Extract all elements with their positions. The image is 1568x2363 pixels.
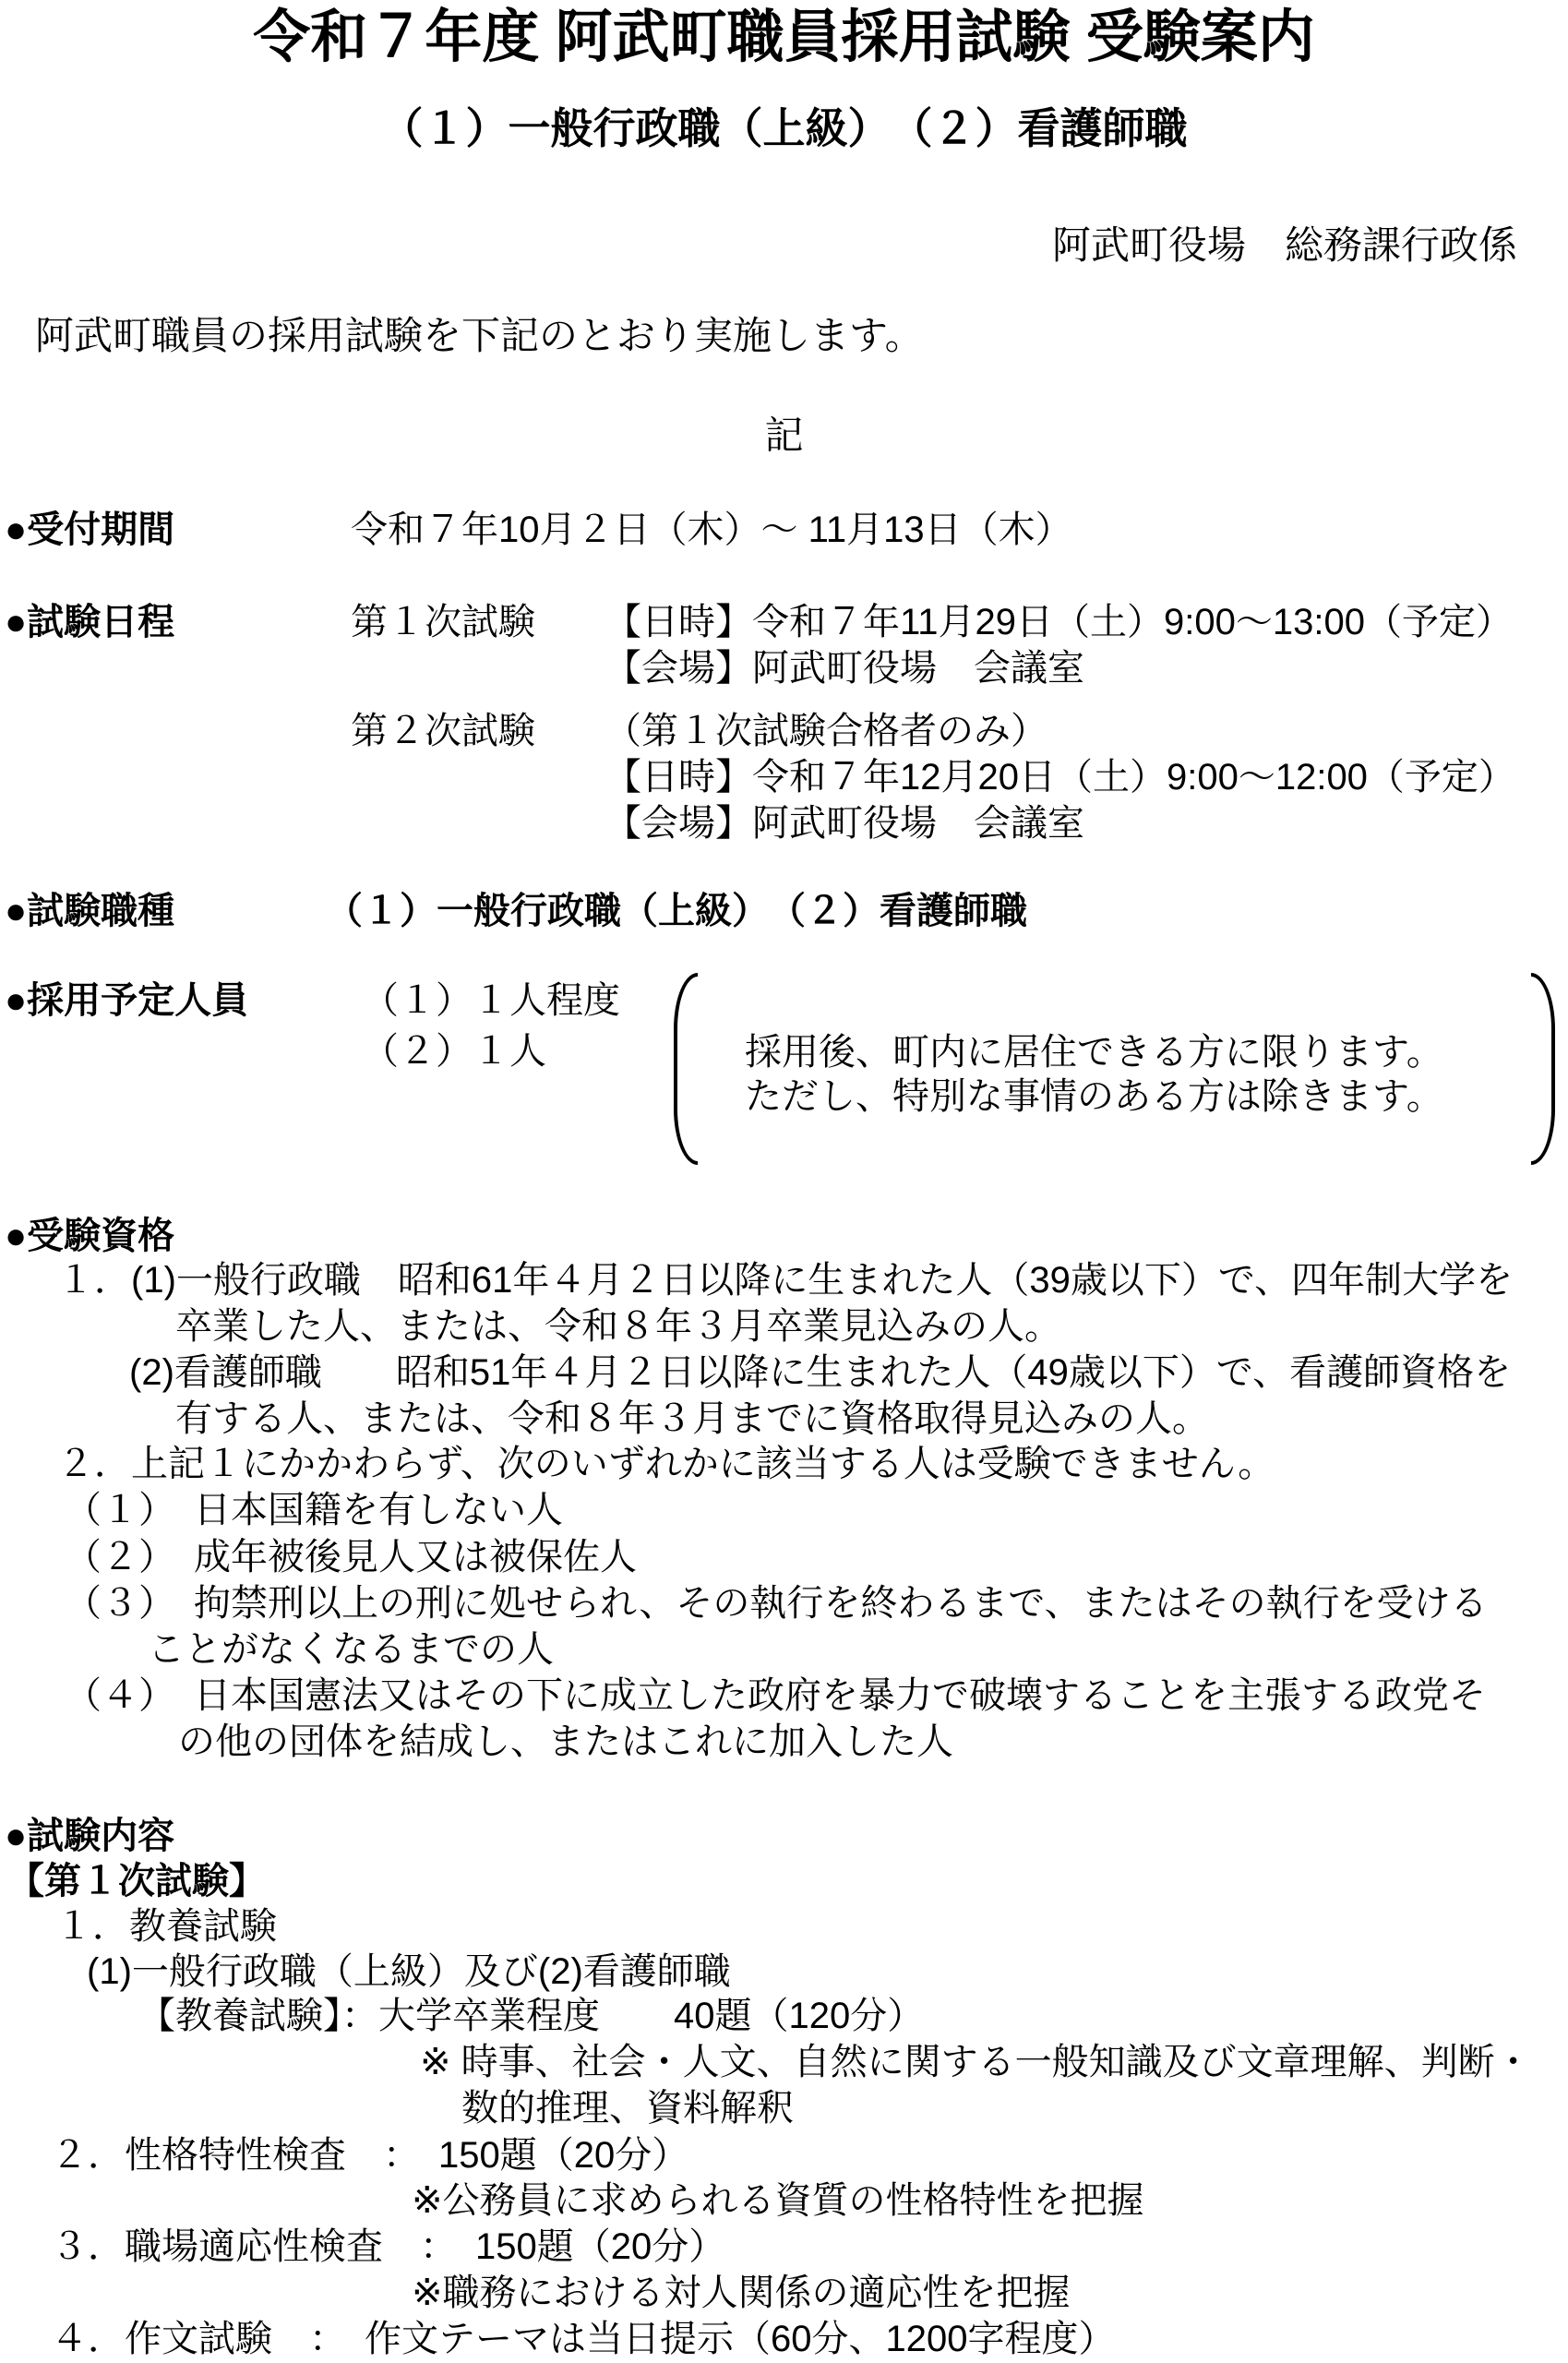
eligibility-line: (2)看護師職 昭和51年４月２日以降に生まれた人（49歳以下）で、看護師資格を — [129, 1350, 1511, 1395]
section-label-eligibility: ●受験資格 — [5, 1214, 174, 1258]
application-period-value: 令和７年10月２日（木）～ 11月13日（木） — [351, 508, 1072, 552]
eligibility-line: 卒業した人、または、令和８年３月卒業見込みの人。 — [175, 1304, 1061, 1349]
eligibility-line: （４） 日本国憲法又はその下に成立した政府を暴力で破壊することを主張する政党そ — [65, 1673, 1486, 1718]
planned-hires-item-1: （１）１人程度 — [362, 978, 620, 1023]
exam-content-line: 数的推理、資料解釈 — [461, 2086, 794, 2130]
eligibility-line: ことがなくなるまでの人 — [148, 1627, 554, 1672]
second-exam-note: （第１次試験合格者のみ） — [604, 709, 1047, 753]
section-label-application-period: ●受付期間 — [5, 508, 174, 552]
record-marker: 記 — [0, 414, 1568, 458]
note-bracket-left — [674, 973, 698, 1165]
eligibility-line: 有する人、または、令和８年３月までに資格取得見込みの人。 — [175, 1397, 1209, 1441]
page-title: 令和７年度 阿武町職員採用試験 受験案内 — [0, 6, 1568, 70]
eligibility-line: の他の団体を結成し、またはこれに加入した人 — [178, 1720, 953, 1764]
document-page: 令和７年度 阿武町職員採用試験 受験案内 （１）一般行政職（上級） （２）看護師… — [0, 0, 1568, 2363]
exam-positions-value: （１）一般行政職（上級） （２）看護師職 — [326, 889, 1027, 933]
first-exam-name: 第１次試験 — [351, 600, 535, 644]
eligibility-line: ２．上記１にかかわらず、次のいずれかに該当する人は受験できません。 — [57, 1442, 1275, 1486]
section-label-exam-schedule: ●試験日程 — [5, 600, 174, 644]
eligibility-line: １．(1)一般行政職 昭和61年４月２日以降に生まれた人（39歳以下）で、四年制… — [57, 1258, 1513, 1302]
first-exam-venue: 【会場】阿武町役場 会議室 — [604, 646, 1084, 690]
note-bracket-right — [1531, 973, 1555, 1165]
first-exam-datetime: 【日時】令和７年11月29日（土）9:00～13:00（予定） — [604, 600, 1513, 644]
exam-content-line: (1)一般行政職（上級）及び(2)看護師職 — [87, 1949, 731, 1994]
second-exam-venue: 【会場】阿武町役場 会議室 — [604, 801, 1084, 846]
exam-content-line: ４．作文試験 ： 作文テーマは当日提示（60分、1200字程度） — [51, 2317, 1115, 2361]
section-label-exam-positions: ●試験職種 — [5, 889, 174, 933]
exam-content-line: ※職務における対人関係の適応性を把握 — [412, 2271, 1071, 2315]
exam-content-line: ２．性格特性検査 ： 150題（20分） — [51, 2133, 688, 2177]
exam-content-line: 【教養試験】：大学卒業程度 40題（120分） — [138, 1994, 924, 2038]
section-label-planned-hires: ●採用予定人員 — [5, 978, 248, 1023]
exam-content-line: １．教養試験 — [55, 1904, 277, 1949]
issuer-line: 阿武町役場 総務課行政係 — [0, 223, 1517, 268]
eligibility-line: （１） 日本国籍を有しない人 — [65, 1488, 563, 1532]
residency-note-line-2: ただし、特別な事情のある方は除きます。 — [745, 1074, 1443, 1119]
exam-content-line: ※公務員に求められる資質の性格特性を把握 — [412, 2178, 1144, 2223]
planned-hires-item-2: （２）１人 — [362, 1029, 546, 1074]
second-exam-name: 第２次試験 — [351, 709, 535, 753]
intro-text: 阿武町職員の採用試験を下記のとおり実施します。 — [35, 314, 924, 358]
stage-header-first-exam: 【第１次試験】 — [7, 1859, 266, 1903]
page-subtitle: （１）一般行政職（上級） （２）看護師職 — [0, 103, 1568, 153]
eligibility-line: （２） 成年被後見人又は被保佐人 — [65, 1535, 637, 1579]
residency-note-line-1: 採用後、町内に居住できる方に限ります。 — [745, 1030, 1443, 1074]
section-label-exam-content: ●試験内容 — [5, 1814, 174, 1858]
eligibility-line: （３） 拘禁刑以上の刑に処せられ、その執行を終わるまで、またはその執行を受ける — [65, 1581, 1488, 1625]
exam-content-line: ※ 時事、社会・人文、自然に関する一般知識及び文章理解、判断・ — [420, 2040, 1532, 2084]
second-exam-datetime: 【日時】令和７年12月20日（土）9:00～12:00（予定） — [604, 755, 1515, 799]
exam-content-line: ３．職場適応性検査 ： 150題（20分） — [51, 2225, 725, 2269]
